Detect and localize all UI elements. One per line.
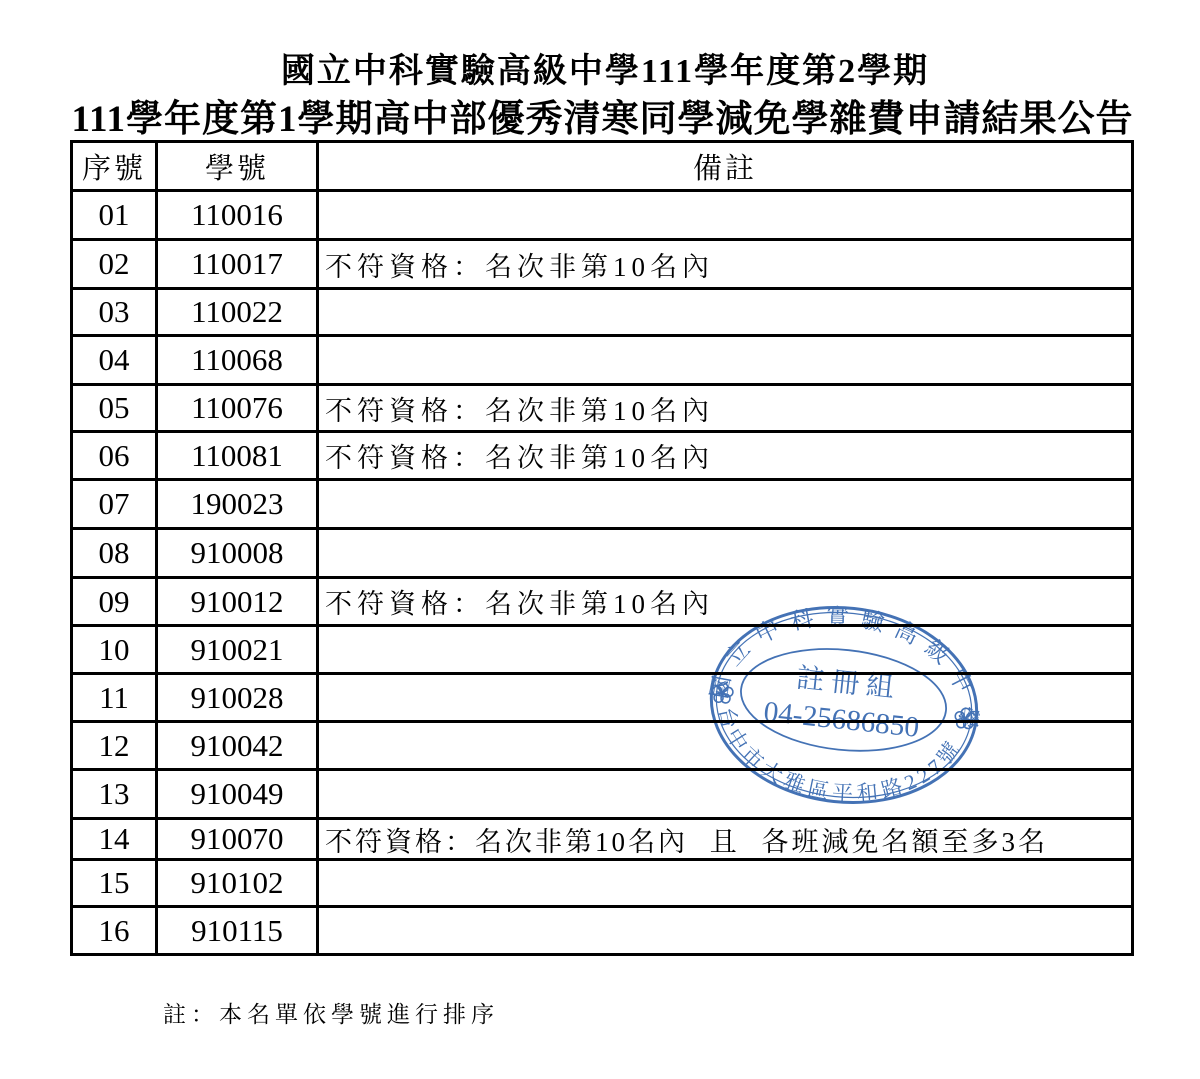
- row-student-id: 110068: [158, 337, 319, 383]
- footnote: 註：本名單依學號進行排序: [163, 996, 499, 1029]
- row-student-id: 110022: [158, 290, 319, 334]
- table-header-row: 序號 學號 備註: [73, 143, 1131, 192]
- row-student-id: 110017: [158, 241, 319, 287]
- row-remark: [319, 290, 1131, 334]
- row-seq: 14: [73, 820, 158, 858]
- row-seq: 15: [73, 861, 158, 905]
- table-row: 03 110022: [73, 290, 1131, 337]
- row-student-id: 110076: [158, 386, 319, 430]
- row-remark: 不符資格：名次非第10名內: [319, 386, 1131, 430]
- row-remark: [319, 908, 1131, 953]
- row-seq: 02: [73, 241, 158, 287]
- table-row: 04 110068: [73, 337, 1131, 386]
- row-student-id: 190023: [158, 481, 319, 527]
- row-seq: 05: [73, 386, 158, 430]
- row-student-id: 910115: [158, 908, 319, 953]
- row-remark: [319, 530, 1131, 576]
- row-student-id: 110081: [158, 433, 319, 478]
- table-row: 15 910102: [73, 861, 1131, 908]
- row-student-id: 910028: [158, 675, 319, 720]
- row-student-id: 910049: [158, 771, 319, 817]
- registration-office-seal: 國立中科實驗高級中學 台中市大雅區平和路227號 註 冊 組 04-256868…: [690, 590, 1000, 820]
- row-seq: 08: [73, 530, 158, 576]
- document-title-announcement: 111學年度第1學期高中部優秀清寒同學減免學雜費申請結果公告: [0, 97, 1200, 143]
- row-remark: 不符資格：名次非第10名內 且 各班減免名額至多3名: [319, 820, 1131, 858]
- row-seq: 13: [73, 771, 158, 817]
- row-remark: 不符資格：名次非第10名內: [319, 241, 1131, 287]
- row-seq: 07: [73, 481, 158, 527]
- row-seq: 01: [73, 192, 158, 238]
- row-seq: 11: [73, 675, 158, 720]
- row-seq: 16: [73, 908, 158, 953]
- row-remark: [319, 337, 1131, 383]
- table-row: 08 910008: [73, 530, 1131, 579]
- row-seq: 12: [73, 723, 158, 768]
- row-remark: 不符資格：名次非第10名內: [319, 433, 1131, 478]
- document-title-school-term: 國立中科實驗高級中學111學年度第2學期: [0, 50, 1200, 94]
- table-row: 01 110016: [73, 192, 1131, 241]
- row-student-id: 910021: [158, 627, 319, 672]
- table-row: 05 110076 不符資格：名次非第10名內: [73, 386, 1131, 433]
- row-seq: 04: [73, 337, 158, 383]
- row-seq: 06: [73, 433, 158, 478]
- row-seq: 10: [73, 627, 158, 672]
- row-student-id: 910042: [158, 723, 319, 768]
- table-row: 14 910070 不符資格：名次非第10名內 且 各班減免名額至多3名: [73, 820, 1131, 861]
- table-row: 07 190023: [73, 481, 1131, 530]
- row-remark: [319, 192, 1131, 238]
- row-remark: [319, 481, 1131, 527]
- row-student-id: 910008: [158, 530, 319, 576]
- row-seq: 09: [73, 579, 158, 624]
- row-student-id: 910102: [158, 861, 319, 905]
- header-remark: 備註: [319, 143, 1131, 189]
- header-seq: 序號: [73, 143, 158, 189]
- table-row: 16 910115: [73, 908, 1131, 953]
- header-student-id: 學號: [158, 143, 319, 189]
- row-student-id: 910012: [158, 579, 319, 624]
- table-row: 06 110081 不符資格：名次非第10名內: [73, 433, 1131, 481]
- results-table: 序號 學號 備註 01 110016 02 110017 不符資格：名次非第10…: [70, 140, 1134, 956]
- row-student-id: 910070: [158, 820, 319, 858]
- row-student-id: 110016: [158, 192, 319, 238]
- row-remark: [319, 861, 1131, 905]
- seal-center-text: 註 冊 組: [795, 662, 896, 704]
- table-row: 02 110017 不符資格：名次非第10名內: [73, 241, 1131, 290]
- row-seq: 03: [73, 290, 158, 334]
